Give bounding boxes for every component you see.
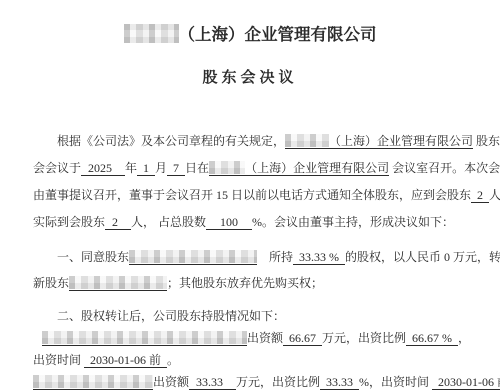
shareholder-row-2: 出资额33.33万元，出资比例33.33%，出资时间 2030-01-06 前。 [33,371,488,391]
company-name-1: （上海）企业管理有限公司 [329,134,473,148]
intro-line-1: 根据《公司法》及本公司章程的有关规定，（上海）企业管理有限公司 股东 [33,128,488,155]
blank-actual-count: 2 [105,215,131,230]
intro-text-1: 根据《公司法》及本公司章程的有关规定， [57,134,285,148]
intro-text-6: 人， [489,188,500,202]
intro-text-3: 会会议于 [33,161,81,175]
blank-day: 7 [167,161,185,176]
row1-text-2: 万元，出资比例 [322,331,406,345]
resolution-item-2: 二、股权转让后，公司股东持股情况如下： 出资额66.67万元，出资比例66.67… [33,305,488,391]
blank-equity-pct: 33.33 % [293,250,345,265]
blank-row1-pct: 66.67 % [406,331,458,346]
blank-row1-amount: 66.67 [283,331,322,346]
row1-text-5: 。 [167,353,179,367]
item1-line-1: 一、同意股东所持33.33 %的股权，以人民币 0 万元，转让给 [33,244,488,270]
intro-line-2: 会会议于2025年1月7日在（上海）企业管理有限公司 会议室召开。本次会议 [33,155,488,182]
blank-row2-date: 2030-01-06 前 [432,375,500,390]
doc-title: 股东会决议 [0,68,500,88]
redacted-company-name [124,24,179,43]
year-label: 年 [125,161,137,175]
resolution-item-1: 一、同意股东所持33.33 %的股权，以人民币 0 万元，转让给 新股东；其他股… [33,244,488,296]
intro-text-9: %。会议由董事主持，形成决议如下： [252,215,454,229]
redacted-block [209,161,245,174]
item1-text-2: 所持 [269,250,293,264]
redacted-block [42,331,247,344]
company-title-line: （上海）企业管理有限公司 [0,24,500,46]
redacted-company-inline-2: （上海）企业管理有限公司 [209,161,389,176]
intro-text-4: 会议室召开。本次会议 [392,161,500,175]
row1-text-1: 出资额 [247,331,283,345]
shareholder-row-1b: 出资时间 2030-01-06 前。 [33,349,488,371]
redacted-block [33,375,153,388]
redacted-company-inline: （上海）企业管理有限公司 [285,134,473,149]
redacted-block [129,250,257,263]
item1-text-4: 新股东 [33,276,69,290]
item1-text-3: 的股权，以人民币 0 万元，转让给 [345,250,500,264]
row2-text-3: %，出资时间 [359,375,429,389]
item1-line-2: 新股东；其他股东放弃优先购买权； [33,270,488,296]
redacted-shareholder-1 [42,331,247,346]
redacted-shareholder-2 [33,375,153,390]
shareholder-row-1: 出资额66.67万元，出资比例66.67 %， [33,327,488,349]
blank-total-share: 100 [206,215,252,230]
intro-line-3: 由董事提议召开，董事于会议召开 15 日以前以电话方式通知全体股东，应到会股东2… [33,182,488,209]
blank-row2-pct: 33.33 [320,375,359,390]
redacted-shareholder-name [129,250,257,265]
redacted-block [285,134,329,147]
intro-line-4: 实际到会股东2人， 占总股数100%。会议由董事主持，形成决议如下： [33,209,488,236]
day-label: 日在 [185,161,209,175]
month-label: 月 [155,161,167,175]
blank-month: 1 [137,161,155,176]
intro-text-8: 人， 占总股数 [131,215,206,229]
item1-text-1: 一、同意股东 [57,250,129,264]
paragraph-intro: 根据《公司法》及本公司章程的有关规定，（上海）企业管理有限公司 股东 会会议于2… [33,128,488,236]
intro-text-7: 实际到会股东 [33,215,105,229]
blank-expected-count: 2 [471,188,489,203]
blank-row1-date: 2030-01-06 前 [84,353,167,368]
redacted-block [69,276,167,289]
row2-text-2: 万元，出资比例 [236,375,320,389]
intro-text-5: 由董事提议召开，董事于会议召开 15 日以前以电话方式通知全体股东，应到会股东 [33,188,471,202]
document-page: （上海）企业管理有限公司 股东会决议 根据《公司法》及本公司章程的有关规定，（上… [0,0,500,391]
row1-text-4: 出资时间 [33,353,81,367]
intro-text-2: 股东 [476,134,500,148]
row2-text-1: 出资额 [153,375,189,389]
item2-heading: 二、股权转让后，公司股东持股情况如下： [33,305,488,327]
blank-year: 2025 [81,161,125,176]
blank-row2-amount: 33.33 [189,375,236,390]
company-name-2: （上海）企业管理有限公司 [245,161,389,175]
item1-text-5: ；其他股东放弃优先购买权； [167,276,323,290]
redacted-new-shareholder-name [69,276,167,291]
row1-text-3: ， [458,331,470,345]
company-title-suffix: （上海）企业管理有限公司 [179,25,377,44]
